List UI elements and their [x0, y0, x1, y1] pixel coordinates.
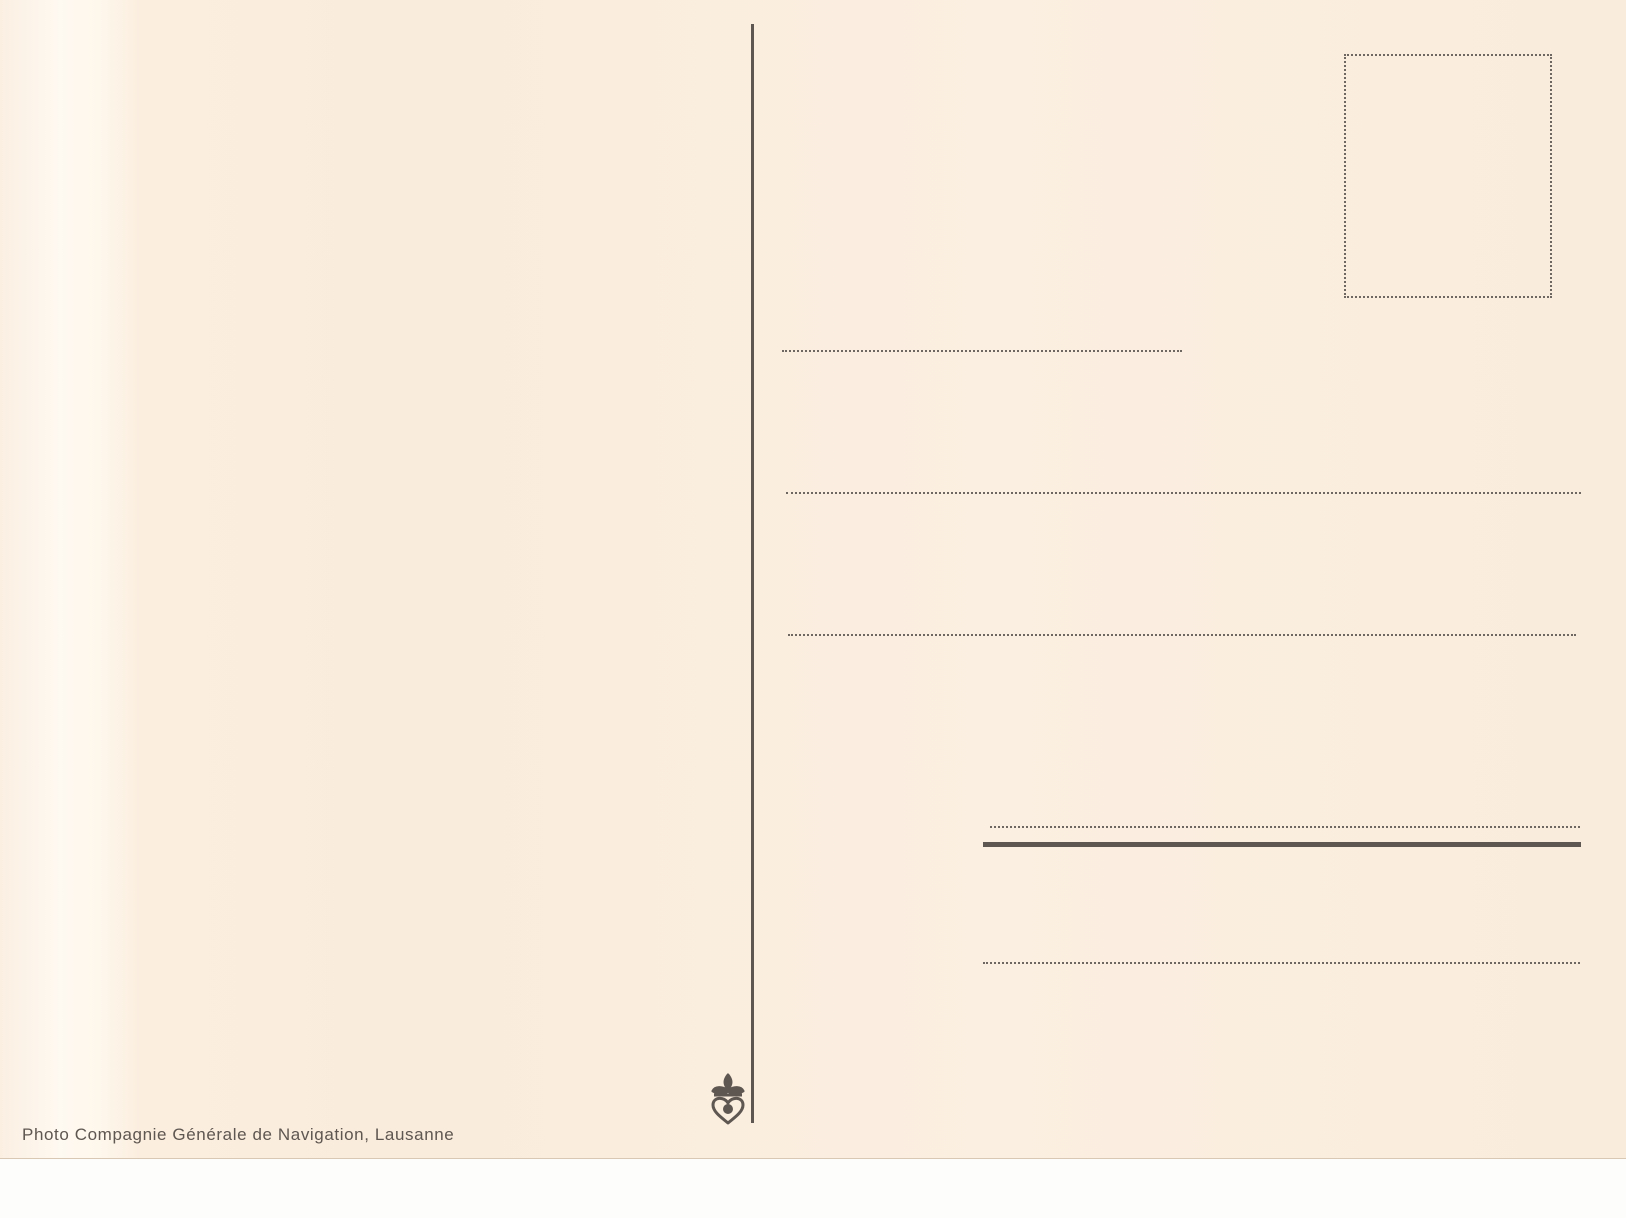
center-divider [751, 24, 754, 1123]
stamp-box [1344, 54, 1552, 298]
address-line-2 [786, 492, 1581, 494]
address-line-1 [782, 350, 1182, 352]
address-line-3 [788, 634, 1576, 636]
postcard: Photo Compagnie Générale de Navigation, … [0, 0, 1626, 1159]
address-line-4 [990, 826, 1580, 828]
heart-with-leaves-icon [710, 1072, 746, 1126]
address-underline-thick [983, 842, 1581, 847]
address-line-6 [983, 962, 1580, 964]
photo-credit-caption: Photo Compagnie Générale de Navigation, … [22, 1125, 454, 1145]
